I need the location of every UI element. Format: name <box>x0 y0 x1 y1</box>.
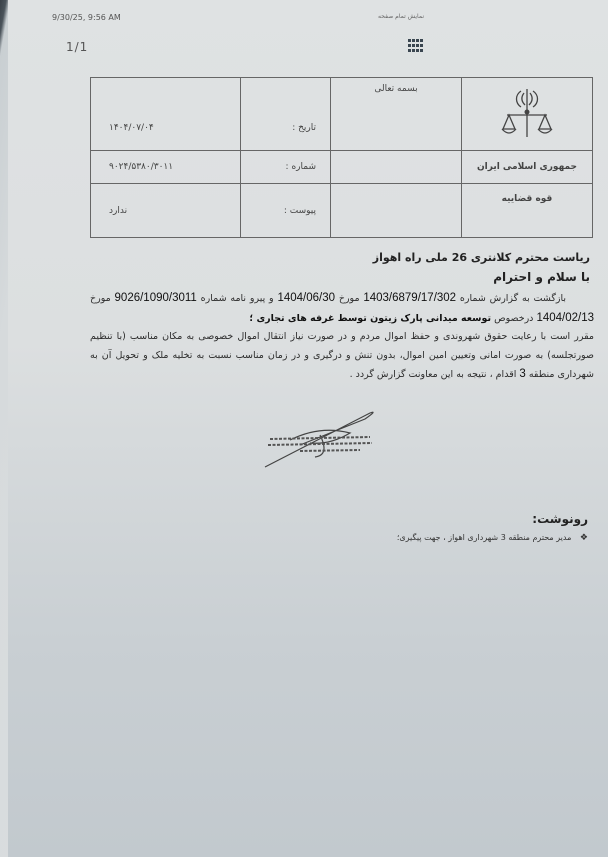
invocation-cell: بسمه تعالی <box>331 78 462 151</box>
cc-recipient: مدیر محترم منطقه 3 شهرداری اهواز ، جهت پ… <box>397 533 572 542</box>
cc-list-item: ❖ مدیر محترم منطقه 3 شهرداری اهواز ، جهت… <box>397 533 588 543</box>
number-value: ۹۰۲۴/۵۳۸۰/۳۰۱۱ <box>91 151 241 184</box>
body-text: مورخ <box>90 293 111 304</box>
invocation: بسمه تعالی <box>374 84 417 94</box>
body-text: و پیرو نامه شماره <box>201 293 274 304</box>
attachment-label: پیوست : <box>241 184 331 238</box>
apps-grid-icon <box>408 39 424 53</box>
body-text: مورخ <box>339 293 360 304</box>
body-text: درخصوص <box>494 313 533 324</box>
country-name: جمهوری اسلامی ایران <box>462 151 593 184</box>
report-number: 1403/6879/17/302 <box>363 292 456 304</box>
date-value: ۱۴۰۴/۰۷/۰۴ <box>91 78 241 151</box>
greeting: با سلام و احترام <box>493 270 590 284</box>
attachment-value: ندارد <box>91 184 241 238</box>
report-date: 1404/06/30 <box>277 292 335 304</box>
signature-stamp <box>260 405 380 475</box>
organization-name: قوه قضاییه <box>462 184 593 238</box>
cc-title: رونوشت: <box>532 512 588 526</box>
letter-subject: توسعه میدانی پارک زیتون توسط غرفه های تج… <box>249 313 491 324</box>
body-text: بازگشت به گزارش شماره <box>460 293 566 304</box>
print-timestamp: 9/30/25, 9:56 AM <box>52 13 121 22</box>
date-label: تاریخ : <box>241 78 331 151</box>
emblem-cell <box>462 78 593 151</box>
empty-cell <box>331 151 462 184</box>
body-text: اقدام ، نتیجه به این معاونت گزارش گردد . <box>350 369 517 380</box>
iran-emblem-icon <box>463 87 591 142</box>
page-indicator: 1/1 <box>66 40 88 54</box>
number-label: شماره : <box>241 151 331 184</box>
letterhead-table: بسمه تعالی تاریخ : ۱۴۰۴/۰۷/۰۴ جمهوری اسل… <box>90 77 593 238</box>
addressee: ریاست محترم کلانتری 26 ملی راه اهواز <box>373 251 590 264</box>
empty-cell <box>331 184 462 238</box>
district-number: 3 <box>519 368 525 380</box>
diamond-bullet-icon: ❖ <box>580 533 588 543</box>
print-title: نمایش تمام صفحه <box>378 13 424 20</box>
document-page: 9/30/25, 9:56 AM نمایش تمام صفحه 1/1 <box>8 0 608 857</box>
letter-number: 9026/1090/3011 <box>115 292 197 304</box>
letter-body: بازگشت به گزارش شماره 1403/6879/17/302 م… <box>90 289 594 385</box>
letter-date: 1404/02/13 <box>536 312 594 324</box>
